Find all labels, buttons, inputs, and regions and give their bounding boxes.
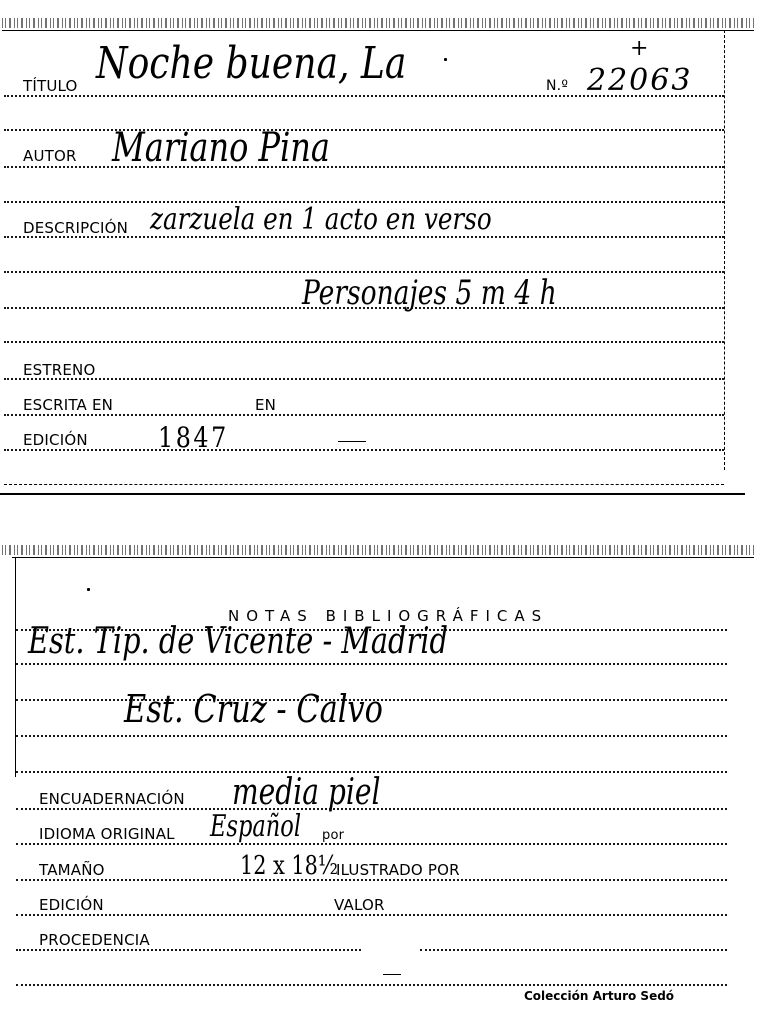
en-label: EN <box>255 398 276 413</box>
autor-value: Mariano Pina <box>112 128 330 168</box>
rule <box>16 663 727 665</box>
card-left-border <box>15 557 16 777</box>
encuadernacion-label: ENCUADERNACIÓN <box>39 792 185 807</box>
escrita-en-label: ESCRITA EN <box>23 398 113 413</box>
edicion-label: EDICIÓN <box>23 433 88 448</box>
card-cut-line <box>0 493 745 495</box>
rule-edicion <box>4 449 724 451</box>
pen-mark <box>383 974 401 975</box>
procedencia-label: PROCEDENCIA <box>39 933 150 948</box>
descripcion-label: DESCRIPCIÓN <box>23 221 128 236</box>
rule <box>4 307 724 309</box>
valor-label: VALOR <box>334 898 385 913</box>
tamano-label: TAMAÑO <box>39 863 105 878</box>
autor-label: AUTOR <box>23 149 77 164</box>
card-top-stripe <box>2 18 754 28</box>
note-line-1: Est. Tip. de Vicente - Madrid <box>28 624 448 660</box>
ink-speck <box>87 588 90 591</box>
card-bottom-edge <box>4 484 724 485</box>
numero-label: N.º <box>546 79 568 93</box>
catalog-card-scan: TÍTULO Noche buena, La N.º 22063 + AUTOR… <box>0 0 759 1028</box>
rule <box>16 735 727 737</box>
numero-mark: + <box>630 38 648 60</box>
ilustrado-label: ILUSTRADO POR <box>336 863 460 878</box>
card-top-stripe <box>2 545 754 555</box>
encuadernacion-value: media piel <box>232 775 380 811</box>
card-top-edge <box>12 557 754 558</box>
edicion-label: EDICIÓN <box>39 898 104 913</box>
ink-speck <box>444 58 447 61</box>
rule-titulo <box>4 95 724 97</box>
rule-idioma <box>16 843 727 845</box>
estreno-label: ESTRENO <box>23 363 96 378</box>
tamano-value: 12 x 18½ <box>240 853 338 879</box>
idioma-suffix: por <box>322 829 344 842</box>
rule-tamano <box>16 879 727 881</box>
pen-mark <box>338 441 366 442</box>
titulo-label: TÍTULO <box>23 79 78 94</box>
rule <box>4 341 724 343</box>
rule-estreno <box>4 378 724 380</box>
rule-procedencia <box>16 949 361 951</box>
descripcion-value: zarzuela en 1 acto en verso <box>150 205 492 235</box>
rule-escrita <box>4 414 724 416</box>
descripcion-value-2: Personajes 5 m 4 h <box>302 276 557 310</box>
rule-descripcion <box>4 236 724 238</box>
titulo-value: Noche buena, La <box>96 42 406 86</box>
rule-encuadernacion <box>16 808 727 810</box>
rule-edicion-back <box>16 914 727 916</box>
card-top-edge <box>2 30 754 31</box>
edicion-value: 1847 <box>158 424 229 452</box>
rule <box>16 984 727 986</box>
rule-autor <box>4 166 724 168</box>
collection-credit: Colección Arturo Sedó <box>524 989 674 1003</box>
idioma-value: Español <box>210 812 301 842</box>
note-line-2: Est. Cruz - Calvo <box>124 690 383 728</box>
idioma-label: IDIOMA ORIGINAL <box>39 827 175 842</box>
rule-procedencia-right <box>420 949 727 951</box>
numero-value: 22063 <box>587 66 692 96</box>
card-right-border <box>724 30 725 470</box>
